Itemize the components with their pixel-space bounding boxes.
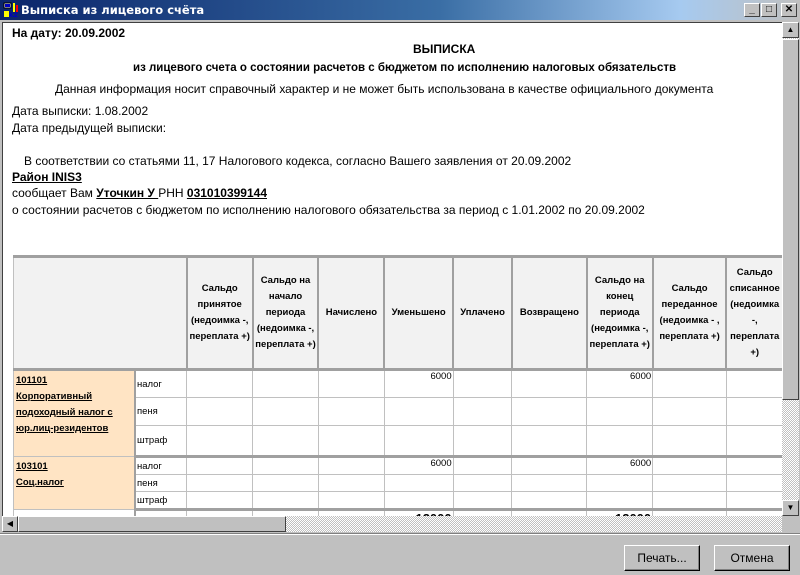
row-kind: налог xyxy=(135,370,187,398)
cancel-button[interactable]: Отмена xyxy=(714,545,790,571)
rnn-value: 031010399144 xyxy=(187,186,267,200)
table-cell xyxy=(253,398,319,426)
statement-heading: ВЫПИСКА xyxy=(413,42,475,56)
table-cell xyxy=(318,457,384,475)
footer-separator xyxy=(0,533,800,535)
column-header: Уплачено xyxy=(453,257,512,370)
column-header: Сальдо списанное (недоимка -, переплата … xyxy=(726,257,782,370)
informs-prefix: сообщает Вам xyxy=(12,186,96,200)
table-cell xyxy=(726,457,782,475)
table-cell xyxy=(187,457,253,475)
column-header: Начислено xyxy=(318,257,384,370)
table-cell xyxy=(726,426,782,457)
table-cell xyxy=(318,398,384,426)
on-date-label: На дату: 20.09.2002 xyxy=(12,26,125,40)
table-header-row: Сальдо принятое (недоимка -, переплата +… xyxy=(14,257,783,370)
table-cell xyxy=(726,370,782,398)
period-line: о состоянии расчетов с бюджетом по испол… xyxy=(12,203,645,217)
table-cell xyxy=(253,492,319,510)
table-row: 101101Корпоративный подоходный налог с ю… xyxy=(14,370,783,398)
table-cell: 6000 xyxy=(587,370,653,398)
scroll-left-button[interactable]: ◀ xyxy=(2,516,18,532)
arrow-down-icon: ▼ xyxy=(787,503,795,512)
row-kind: пеня xyxy=(135,475,187,492)
column-header: Сальдо на начало периода (недоимка -, пе… xyxy=(253,257,319,370)
tax-name: Соц.налог xyxy=(16,477,64,488)
window-title: Выписка из лицевого счёта xyxy=(21,3,204,17)
title-bar[interactable]: KZ Выписка из лицевого счёта _ □ ✕ xyxy=(0,0,800,20)
tax-code: 103101 xyxy=(16,461,48,472)
district-name: Район INIS3 xyxy=(12,170,82,184)
tax-name: Корпоративный подоходный налог с юр.лиц-… xyxy=(16,391,113,434)
table-cell xyxy=(726,492,782,510)
table-cell xyxy=(384,492,453,510)
row-kind: штраф xyxy=(135,426,187,457)
svg-text:KZ: KZ xyxy=(9,12,19,18)
table-cell xyxy=(187,398,253,426)
table-cell xyxy=(318,475,384,492)
table-cell xyxy=(512,475,587,492)
reference-line: В соответствии со статьями 11, 17 Налого… xyxy=(24,154,571,168)
table-cell: 6000 xyxy=(384,370,453,398)
table-cell xyxy=(253,475,319,492)
tax-code-link[interactable]: 103101Соц.налог xyxy=(14,457,135,510)
table-cell xyxy=(318,426,384,457)
arrow-up-icon: ▲ xyxy=(787,25,795,34)
statement-document: На дату: 20.09.2002 ВЫПИСКА из лицевого … xyxy=(2,22,783,517)
column-header: Возвращено xyxy=(512,257,587,370)
scroll-up-button[interactable]: ▲ xyxy=(782,22,799,38)
table-cell xyxy=(653,457,727,475)
table-cell xyxy=(587,492,653,510)
maximize-icon: □ xyxy=(766,4,772,15)
row-kind: штраф xyxy=(135,492,187,510)
table-cell xyxy=(384,426,453,457)
vertical-scroll-thumb[interactable] xyxy=(782,39,799,400)
arrow-left-icon: ◀ xyxy=(7,519,13,528)
column-header: Сальдо на конец периода (недоимка -, пер… xyxy=(587,257,653,370)
disclaimer-text: Данная информация носит справочный харак… xyxy=(55,82,713,96)
table-cell xyxy=(587,426,653,457)
prev-statement-date: Дата предыдущей выписки: xyxy=(12,121,166,135)
vertical-scrollbar[interactable]: ▲ ▼ xyxy=(782,22,799,516)
table-cell xyxy=(512,492,587,510)
table-cell xyxy=(187,475,253,492)
column-header: Сальдо принятое (недоимка -, переплата +… xyxy=(187,257,253,370)
minimize-icon: _ xyxy=(749,4,755,15)
table-cell xyxy=(726,475,782,492)
column-header: Уменьшено xyxy=(384,257,453,370)
close-button[interactable]: ✕ xyxy=(781,3,797,17)
column-header: Сальдо переданное (недоимка - , переплат… xyxy=(653,257,727,370)
table-cell xyxy=(653,370,727,398)
table-cell xyxy=(653,492,727,510)
balance-table: Сальдо принятое (недоимка -, переплата +… xyxy=(13,255,783,517)
table-cell xyxy=(253,457,319,475)
horizontal-scroll-thumb[interactable] xyxy=(18,516,286,532)
table-cell xyxy=(653,426,727,457)
scroll-down-button[interactable]: ▼ xyxy=(782,500,799,516)
tax-code: 101101 xyxy=(16,375,47,386)
rnn-label: РНН xyxy=(158,186,187,200)
table-cell xyxy=(512,398,587,426)
table-cell xyxy=(187,370,253,398)
maximize-button[interactable]: □ xyxy=(761,3,777,17)
close-icon: ✕ xyxy=(785,4,793,15)
table-cell: 6000 xyxy=(384,457,453,475)
table-cell xyxy=(453,398,512,426)
table-row: 103101Соц.налогналог60006000 xyxy=(14,457,783,475)
informs-line: сообщает Вам Уточкин У РНН 031010399144 xyxy=(12,186,267,200)
table-cell xyxy=(318,370,384,398)
table-cell xyxy=(453,457,512,475)
table-cell xyxy=(512,426,587,457)
app-icon: KZ xyxy=(3,2,19,18)
table-cell xyxy=(726,398,782,426)
table-cell xyxy=(187,492,253,510)
taxpayer-name: Уточкин У xyxy=(96,186,158,200)
row-kind: налог xyxy=(135,457,187,475)
table-cell: 6000 xyxy=(587,457,653,475)
table-cell xyxy=(453,370,512,398)
table-cell xyxy=(253,426,319,457)
table-cell xyxy=(653,398,727,426)
horizontal-scrollbar[interactable]: ◀ ▶ xyxy=(2,516,782,532)
print-button[interactable]: Печать... xyxy=(624,545,700,571)
minimize-button[interactable]: _ xyxy=(744,3,760,17)
row-kind: пеня xyxy=(135,398,187,426)
table-cell xyxy=(318,492,384,510)
statement-subheading: из лицевого счета о состоянии расчетов с… xyxy=(133,62,676,74)
table-cell xyxy=(587,475,653,492)
table-cell xyxy=(253,370,319,398)
table-cell xyxy=(512,457,587,475)
table-cell xyxy=(384,475,453,492)
table-cell xyxy=(453,492,512,510)
table-cell xyxy=(453,475,512,492)
table-cell xyxy=(384,398,453,426)
table-cell xyxy=(512,370,587,398)
statement-date: Дата выписки: 1.08.2002 xyxy=(12,104,148,118)
tax-code-link[interactable]: 101101Корпоративный подоходный налог с ю… xyxy=(14,370,135,457)
table-cell xyxy=(453,426,512,457)
table-cell xyxy=(187,426,253,457)
table-cell xyxy=(653,475,727,492)
table-cell xyxy=(587,398,653,426)
header-blank-cell xyxy=(14,257,187,370)
